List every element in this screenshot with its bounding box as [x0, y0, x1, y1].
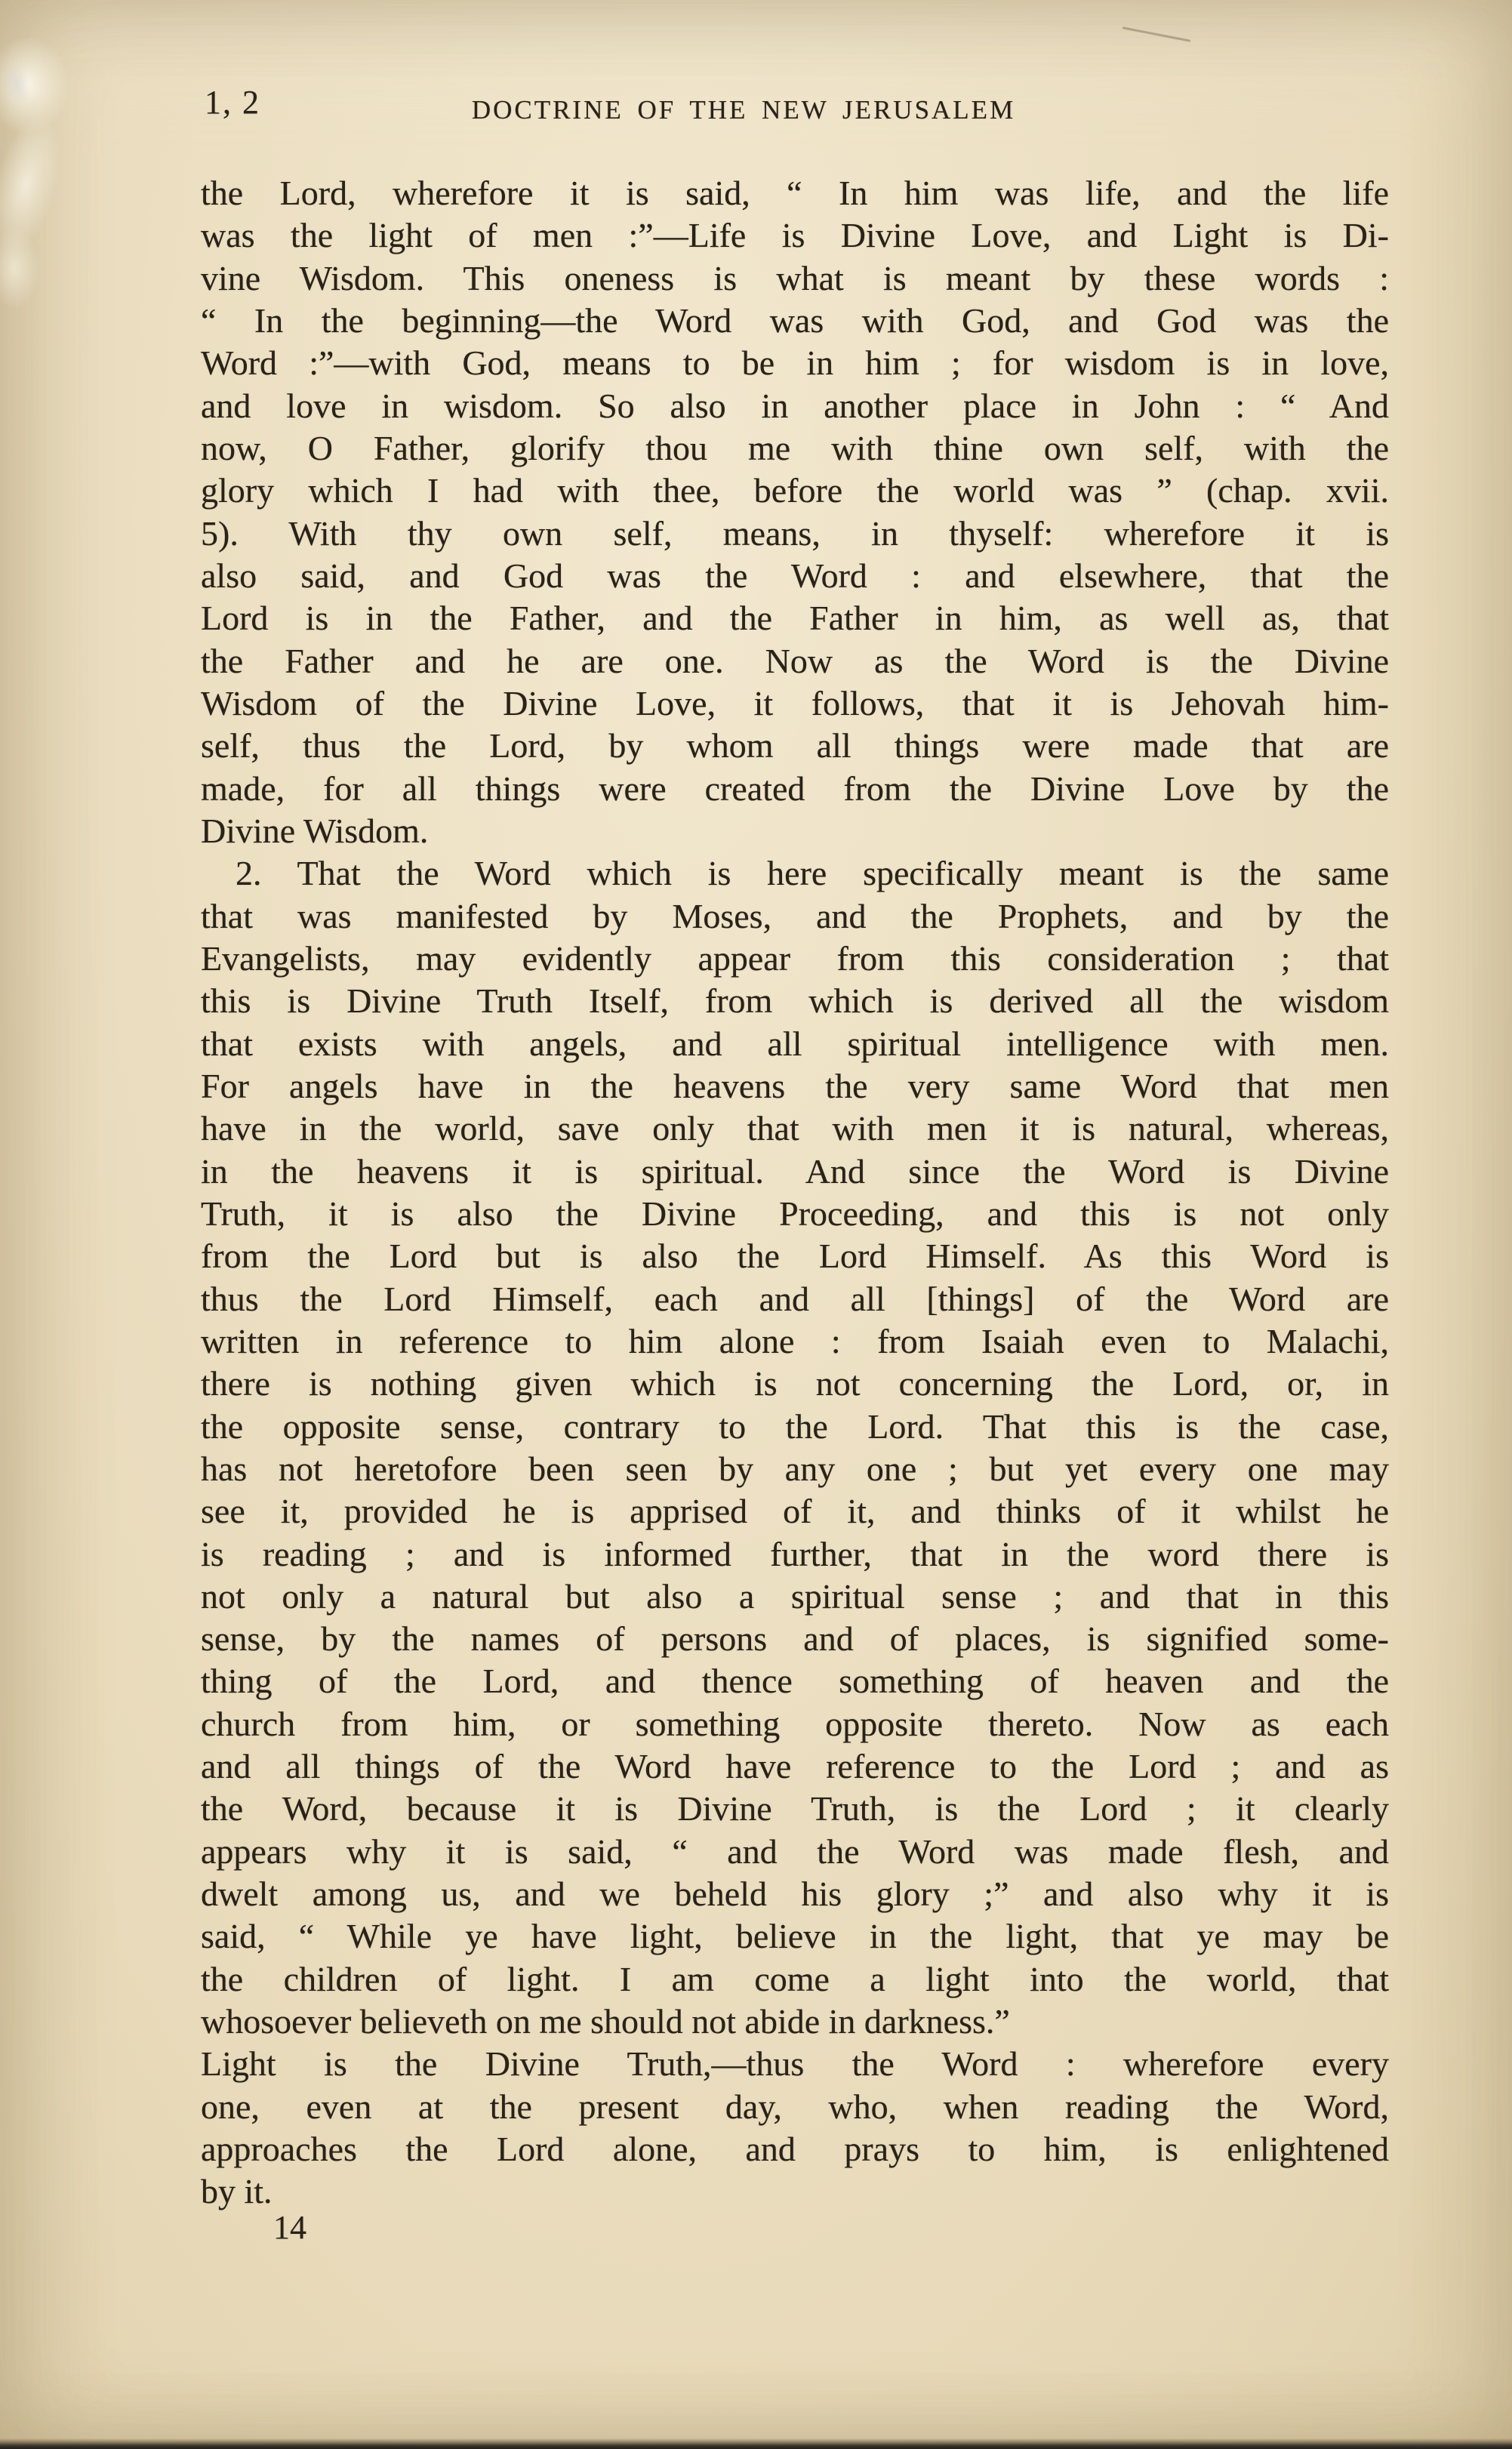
text-line: 5). With thy own self, means, in thyself… [201, 513, 1389, 555]
text-line: dwelt among us, and we beheld his glory … [201, 1873, 1389, 1915]
text-line: Light is the Divine Truth,—thus the Word… [201, 2043, 1389, 2085]
text-line: the Lord, wherefore it is said, “ In him… [201, 172, 1389, 214]
body-text: the Lord, wherefore it is said, “ In him… [201, 172, 1389, 2213]
text-line: appears why it is said, “ and the Word w… [201, 1831, 1389, 1873]
text-line: is reading ; and is informed further, th… [201, 1533, 1389, 1576]
text-line: there is nothing given which is not conc… [201, 1363, 1389, 1405]
text-line: self, thus the Lord, by whom all things … [201, 725, 1389, 767]
text-line: that exists with angels, and all spiritu… [201, 1023, 1389, 1065]
text-line: thus the Lord Himself, each and all [thi… [201, 1278, 1389, 1320]
text-line: whosoever believeth on me should not abi… [201, 2001, 1389, 2043]
text-line: thing of the Lord, and thence something … [201, 1660, 1389, 1702]
text-line: Evangelists, may evidently appear from t… [201, 938, 1389, 980]
text-line: not only a natural but also a spiritual … [201, 1576, 1389, 1618]
text-line: by it. [201, 2170, 1389, 2213]
text-line: made, for all things were created from t… [201, 768, 1389, 810]
text-line: sense, by the names of persons and of pl… [201, 1618, 1389, 1660]
text-line: said, “ While ye have light, believe in … [201, 1915, 1389, 1958]
text-line: Truth, it is also the Divine Proceeding,… [201, 1193, 1389, 1235]
scan-artifact [0, 60, 36, 109]
running-title: DOCTRINE OF THE NEW JERUSALEM [472, 95, 1015, 125]
scan-artifact [0, 226, 39, 310]
page-locator-numbers: 1, 2 [205, 85, 260, 121]
text-line: that was manifested by Moses, and the Pr… [201, 895, 1389, 938]
text-line: was the light of men :”—Life is Divine L… [201, 214, 1389, 257]
text-line: and all things of the Word have referenc… [201, 1745, 1389, 1788]
text-line: the Word, because it is Divine Truth, is… [201, 1788, 1389, 1830]
text-line: see it, provided he is apprised of it, a… [201, 1490, 1389, 1533]
text-line: glory which I had with thee, before the … [201, 470, 1389, 512]
text-line: the children of light. I am come a light… [201, 1958, 1389, 2001]
text-line: Lord is in the Father, and the Father in… [201, 597, 1389, 639]
scan-artifact [0, 108, 72, 262]
text-line: “ In the beginning—the Word was with God… [201, 300, 1389, 342]
text-line: Divine Wisdom. [201, 810, 1389, 852]
text-line: vine Wisdom. This oneness is what is mea… [201, 257, 1389, 300]
text-line: from the Lord but is also the Lord Himse… [201, 1235, 1389, 1277]
text-line: has not heretofore been seen by any one … [201, 1448, 1389, 1490]
text-line: Word :”—with God, means to be in him ; f… [201, 342, 1389, 384]
text-line: in the heavens it is spiritual. And sinc… [201, 1151, 1389, 1193]
text-line: also said, and God was the Word : and el… [201, 555, 1389, 597]
text-line: now, O Father, glorify thou me with thin… [201, 427, 1389, 470]
text-line: Wisdom of the Divine Love, it follows, t… [201, 682, 1389, 725]
text-line: the opposite sense, contrary to the Lord… [201, 1406, 1389, 1448]
text-line: have in the world, save only that with m… [201, 1107, 1389, 1150]
scan-artifact [0, 36, 69, 134]
text-line: For angels have in the heavens the very … [201, 1065, 1389, 1107]
text-line: and love in wisdom. So also in another p… [201, 385, 1389, 427]
text-line: approaches the Lord alone, and prays to … [201, 2128, 1389, 2170]
text-line: the Father and he are one. Now as the Wo… [201, 640, 1389, 682]
scan-edge-strip [0, 2438, 1512, 2449]
text-line: written in reference to him alone : from… [201, 1320, 1389, 1363]
text-line: this is Divine Truth Itself, from which … [201, 980, 1389, 1022]
scratch-mark [1122, 26, 1191, 42]
signature-mark: 14 [273, 2209, 306, 2247]
text-line: one, even at the present day, who, when … [201, 2086, 1389, 2128]
text-line: church from him, or something opposite t… [201, 1703, 1389, 1745]
text-line: 2. That the Word which is here specifica… [201, 852, 1389, 895]
scanned-book-page: 1, 2 DOCTRINE OF THE NEW JERUSALEM the L… [0, 0, 1512, 2449]
